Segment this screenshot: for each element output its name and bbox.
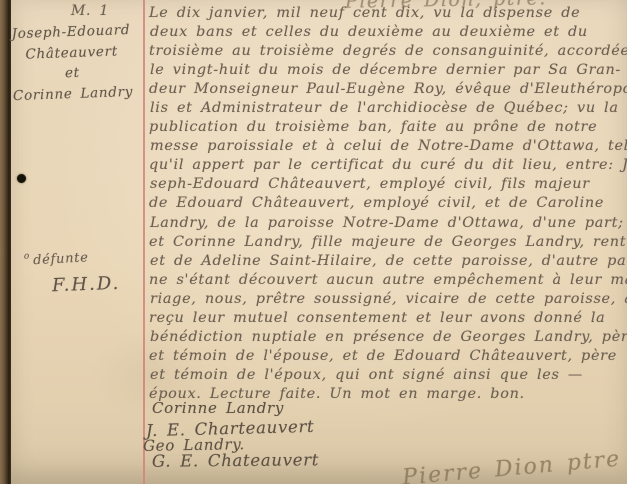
manuscript-line: et témoin de l'épouse, et de Edouard Châ… <box>149 347 624 366</box>
margin-rule <box>143 0 145 484</box>
signature-bride: Corinne Landry <box>152 399 284 417</box>
manuscript-line: et témoin de l'époux, qui ont signé ains… <box>150 366 625 385</box>
manuscript-line: deur Monseigneur Paul-Eugène Roy, évêque… <box>149 80 624 99</box>
manuscript-line: qu'il appert par le certificat du curé d… <box>149 156 624 175</box>
manuscript-line: riage, nous, prêtre soussigné, vicaire d… <box>150 290 625 309</box>
record-number: M. 1 <box>60 3 120 19</box>
manuscript-body: Le dix janvier, mil neuf cent dix, vu la… <box>150 4 625 404</box>
margin-note-mark: o <box>24 251 31 261</box>
manuscript-line: le vingt-huit du mois de décembre dernie… <box>150 61 625 80</box>
margin-note-text: défunte <box>33 250 89 268</box>
manuscript-line: ne s'étant découvert aucun autre empêche… <box>149 271 624 290</box>
manuscript-line: de Edouard Châteauvert, employé civil, e… <box>149 194 624 213</box>
margin-name-line: Corinne Landry <box>5 81 142 106</box>
manuscript-line: Landry, de la paroisse Notre-Dame d'Otta… <box>150 214 625 233</box>
manuscript-line: deux bans et celles du deuxième au deuxi… <box>150 23 625 42</box>
margin-note: odéfunte <box>24 248 89 268</box>
margin-names: Joseph-EdouardChâteauvertetCorinne Landr… <box>3 20 142 107</box>
manuscript-line: et de Adeline Saint-Hilaire, de cette pa… <box>150 252 625 271</box>
manuscript-line: lis et Administrateur de l'archidiocèse … <box>150 99 625 118</box>
manuscript-line: bénédiction nuptiale en présence de Geor… <box>150 328 625 347</box>
manuscript-line: reçu leur mutuel consentement et leur av… <box>149 309 624 328</box>
manuscript-line: et Corinne Landry, fille majeure de Geor… <box>149 233 624 252</box>
signature-officiant-faint: Pierre Dion ptre <box>401 446 622 484</box>
signature-witness-chateauvert: G. E. Chateauvert <box>152 450 319 470</box>
hole-punch-dot <box>17 174 26 183</box>
manuscript-line: troisième au troisième degrés de consang… <box>149 42 624 61</box>
manuscript-line: messe paroissiale et à celui de Notre-Da… <box>150 137 625 156</box>
manuscript-line: seph-Edouard Châteauvert, employé civil,… <box>150 175 625 194</box>
register-page-scan: M. 1 Joseph-EdouardChâteauvertetCorinne … <box>0 0 627 484</box>
manuscript-line: Le dix janvier, mil neuf cent dix, vu la… <box>149 4 624 23</box>
margin-initials: F.H.D. <box>52 273 121 296</box>
manuscript-line: publication du troisième ban, faite au p… <box>149 118 624 137</box>
